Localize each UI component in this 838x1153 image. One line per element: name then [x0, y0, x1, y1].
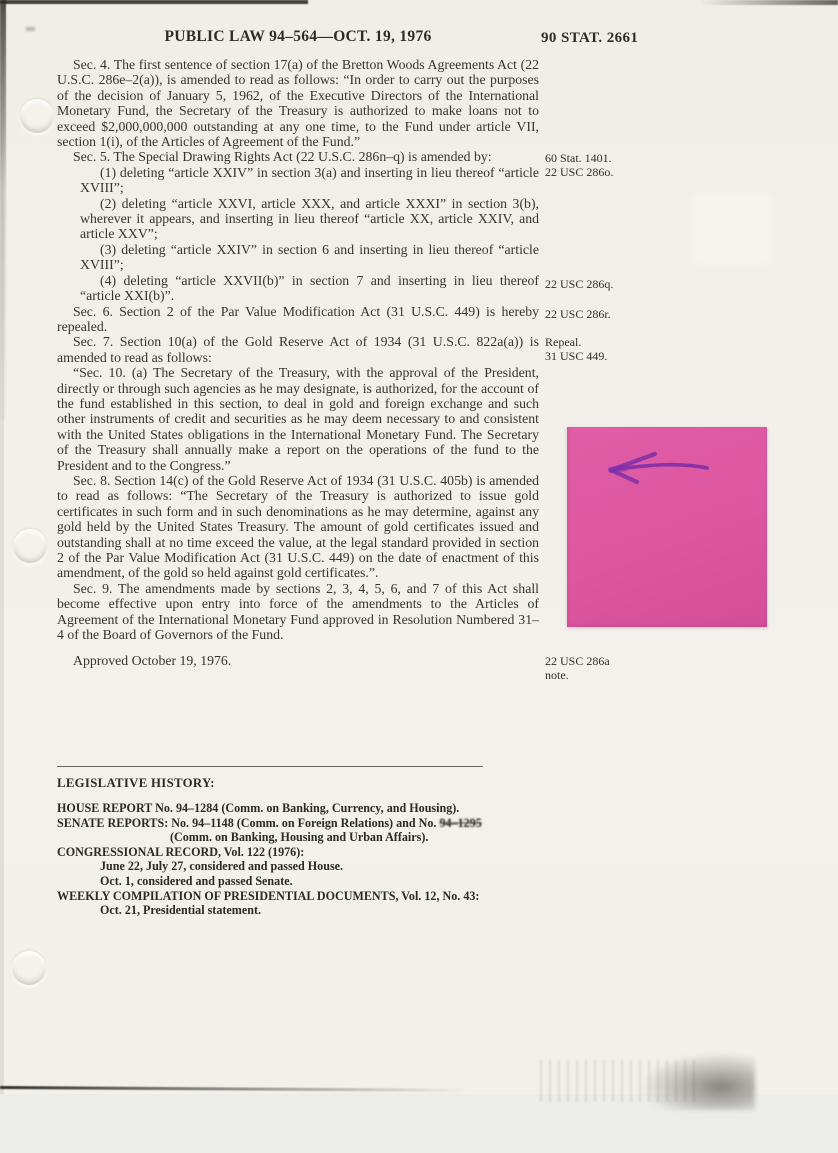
scanned-page: PUBLIC LAW 94–564—OCT. 19, 1976 90 STAT.…: [0, 0, 838, 1153]
legislative-history-rule: [57, 766, 483, 767]
section-5-item-1: (1) deleting “article XXIV” in section 3…: [80, 165, 539, 196]
section-5-item-3: (3) deleting “article XXIV” in section 6…: [80, 242, 539, 273]
margin-note-usc-286r: 22 USC 286r.: [545, 308, 665, 322]
page-header-law-title: PUBLIC LAW 94–564—OCT. 19, 1976: [57, 28, 539, 46]
section-4-paragraph: Sec. 4. The first sentence of section 17…: [57, 57, 539, 149]
margin-note-repeal: Repeal.: [545, 336, 665, 350]
legislative-history-heading: LEGISLATIVE HISTORY:: [57, 776, 557, 791]
scan-smudge-blotch: [640, 1052, 755, 1110]
history-senate-reports: SENATE REPORTS: No. 94–1148 (Comm. on Fo…: [57, 816, 557, 831]
history-house-passage: June 22, July 27, considered and passed …: [57, 859, 557, 874]
history-house-report: HOUSE REPORT No. 94–1284 (Comm. on Banki…: [57, 801, 557, 816]
history-senate-reports-text: SENATE REPORTS: No. 94–1148 (Comm. on Fo…: [57, 816, 439, 830]
margin-note-usc-286a-note: note.: [545, 669, 665, 683]
scan-light-patch: [693, 193, 771, 265]
history-weekly-compilation: WEEKLY COMPILATION OF PRESIDENTIAL DOCUM…: [57, 889, 557, 904]
section-5-item-4: (4) deleting “article XXVII(b)” in secti…: [80, 273, 539, 304]
section-5-intro: Sec. 5. The Special Drawing Rights Act (…: [57, 149, 539, 164]
history-senate-passage: Oct. 1, considered and passed Senate.: [57, 874, 557, 889]
hole-punch: [20, 99, 54, 133]
approval-line: Approved October 19, 1976.: [57, 653, 539, 668]
history-presidential-statement: Oct. 21, Presidential statement.: [57, 903, 557, 918]
handdrawn-arrow-icon: [567, 427, 767, 627]
scan-speck: [26, 27, 35, 31]
section-9-paragraph: Sec. 9. The amendments made by sections …: [57, 581, 539, 643]
scan-edge-left-shadow: [0, 0, 4, 1153]
margin-note-usc-449: 31 USC 449.: [545, 350, 665, 364]
section-6-paragraph: Sec. 6. Section 2 of the Par Value Modif…: [57, 304, 539, 335]
history-senate-committee: (Comm. on Banking, Housing and Urban Aff…: [57, 830, 557, 845]
page-bottom-edge: [0, 1086, 470, 1092]
margin-note-usc-286o: 22 USC 286o.: [545, 166, 665, 180]
scan-edge-top-right: [700, 0, 838, 5]
statute-body: Sec. 4. The first sentence of section 17…: [57, 57, 539, 669]
pink-sticky-note: [567, 427, 767, 627]
hole-punch: [13, 529, 47, 563]
margin-note-usc-286a: 22 USC 286a: [545, 655, 665, 669]
section-5-item-2: (2) deleting “article XXVI, article XXX,…: [80, 196, 539, 242]
hole-punch: [12, 951, 46, 985]
section-7-paragraph: Sec. 7. Section 10(a) of the Gold Reserv…: [57, 334, 539, 365]
history-congressional-record: CONGRESSIONAL RECORD, Vol. 122 (1976):: [57, 845, 557, 860]
scan-edge-top: [0, 0, 308, 4]
page-header-stat-ref: 90 STAT. 2661: [541, 30, 638, 47]
section-10-quoted-text: “Sec. 10. (a) The Secretary of the Treas…: [57, 365, 539, 473]
margin-note-stat-citation: 60 Stat. 1401.: [545, 152, 665, 166]
section-8-paragraph: Sec. 8. Section 14(c) of the Gold Reserv…: [57, 473, 539, 581]
history-senate-report-number-smudged: 94–1295: [439, 816, 481, 830]
legislative-history-block: LEGISLATIVE HISTORY: HOUSE REPORT No. 94…: [57, 766, 557, 918]
margin-note-usc-286q: 22 USC 286q.: [545, 278, 665, 292]
